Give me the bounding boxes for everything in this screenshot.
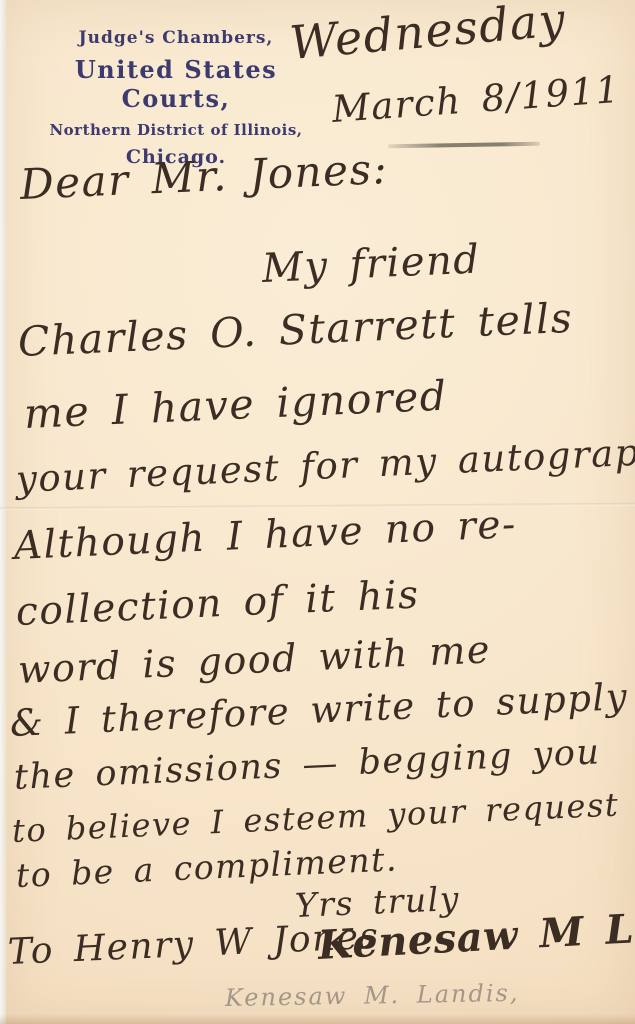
scan-edge-bottom <box>0 1014 635 1024</box>
body-line: Although I have no re- <box>13 502 518 569</box>
letterhead: Judge's Chambers, United States Courts, … <box>28 28 324 168</box>
pencil-annotation: Kenesaw M. Landis, <box>225 979 520 1012</box>
body-line: me I have ignored <box>23 372 448 438</box>
body-line: word is good with me <box>17 627 492 692</box>
letterhead-northern-district: Northern District of Illinois, <box>28 121 324 139</box>
letterhead-judges-chambers: Judge's Chambers, <box>28 28 324 48</box>
body-line: collection of it his <box>15 572 420 635</box>
body-line: to believe I esteem your request <box>11 786 620 850</box>
letter-page: Judge's Chambers, United States Courts, … <box>0 0 635 1024</box>
body-line: Charles O. Starrett tells <box>17 294 574 366</box>
paper-fold-crease <box>0 503 635 510</box>
body-line: My friend <box>261 236 481 291</box>
scan-edge-left <box>0 0 7 1024</box>
date-underline <box>388 142 540 149</box>
handwritten-date: March 8/1911 <box>331 68 622 131</box>
body-line: the omissions — begging you <box>13 732 601 798</box>
body-line: your request for my autograph. <box>15 429 635 501</box>
letterhead-united-states-courts: United States Courts, <box>28 55 324 113</box>
handwritten-day: Wednesday <box>288 0 569 70</box>
